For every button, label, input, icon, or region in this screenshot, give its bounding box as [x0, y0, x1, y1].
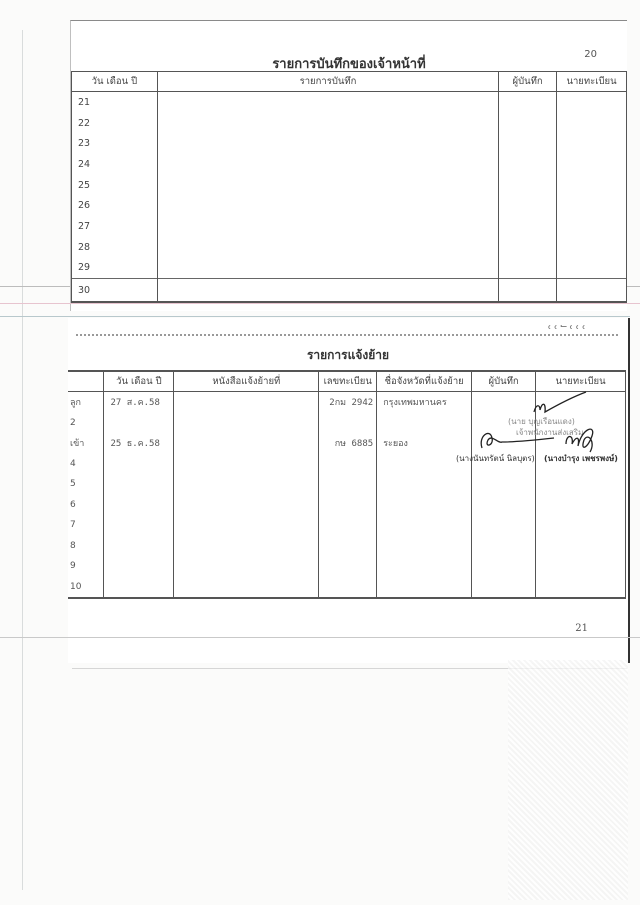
table-cell — [499, 237, 557, 258]
table-cell — [157, 133, 498, 154]
table-row: 9 — [68, 556, 626, 577]
table-cell — [557, 258, 627, 279]
row-number: 2 — [68, 413, 104, 434]
cell-date — [104, 556, 174, 577]
cell-letter — [174, 577, 319, 599]
table-row: 21 — [72, 92, 627, 113]
table-row: 5 — [68, 474, 626, 495]
row-number: 6 — [68, 495, 104, 516]
table-cell — [499, 175, 557, 196]
cell-recorder — [472, 495, 536, 516]
row-number: 7 — [68, 515, 104, 536]
table-cell — [157, 237, 498, 258]
row-number: 9 — [68, 556, 104, 577]
cell-date — [104, 454, 174, 475]
cell-province: ระยอง — [377, 433, 472, 454]
col-reg-number: เลขทะเบียน — [319, 371, 377, 392]
table-cell — [157, 154, 498, 175]
col-registrar: นายทะเบียน — [557, 72, 627, 92]
bleed-through-text: ՙՙ՟ՙՙՙ — [548, 324, 589, 340]
cell-letter — [174, 413, 319, 434]
cell-recorder — [472, 474, 536, 495]
table-row: 30 — [72, 279, 627, 303]
cell-province — [377, 577, 472, 599]
cell-date: 25 ธ.ค.58 — [104, 433, 174, 454]
cell-province — [377, 515, 472, 536]
cell-registrar — [536, 556, 626, 577]
table-cell — [157, 113, 498, 134]
cell-reg — [319, 474, 377, 495]
cell-letter — [174, 515, 319, 536]
registrar-name: (นางบำรุง เพชรพงษ์) — [544, 452, 618, 465]
recorder-name: (นางนันทรัตน์ นิลบุตร) — [456, 452, 535, 465]
table-cell — [499, 113, 557, 134]
col-registrar: นายทะเบียน — [536, 371, 626, 392]
cell-reg: กษ 6885 — [319, 433, 377, 454]
table-cell — [557, 279, 627, 303]
table-row: 22 — [72, 113, 627, 134]
table-cell — [499, 258, 557, 279]
col-record: รายการบันทึก — [157, 72, 498, 92]
table-row: 8 — [68, 536, 626, 557]
row-number: 25 — [72, 175, 158, 196]
table-cell — [499, 92, 557, 113]
page-number: 21 — [575, 623, 588, 634]
page-number: 20 — [584, 49, 597, 60]
row-number: 27 — [72, 216, 158, 237]
col-date: วัน เดือน ปี — [72, 72, 158, 92]
cell-letter — [174, 495, 319, 516]
cell-province: กรุงเทพมหานคร — [377, 392, 472, 413]
dotted-rule — [76, 334, 618, 336]
cell-reg — [319, 413, 377, 434]
cell-letter — [174, 454, 319, 475]
cell-date — [104, 495, 174, 516]
row-number: 22 — [72, 113, 158, 134]
cell-province — [377, 495, 472, 516]
table-cell — [557, 92, 627, 113]
cell-reg — [319, 577, 377, 599]
table-row: 10 — [68, 577, 626, 599]
cell-reg — [319, 454, 377, 475]
row-number: 23 — [72, 133, 158, 154]
table-cell — [499, 154, 557, 175]
cell-registrar — [536, 577, 626, 599]
table-cell — [157, 92, 498, 113]
row-number: 4 — [68, 454, 104, 475]
table-cell — [499, 133, 557, 154]
table-cell — [499, 279, 557, 303]
table-cell — [499, 216, 557, 237]
registrar-signature-2 — [562, 422, 602, 456]
cell-registrar — [536, 515, 626, 536]
table-row: 6 — [68, 495, 626, 516]
cell-date — [104, 515, 174, 536]
table-row: 25 — [72, 175, 627, 196]
cell-date — [104, 536, 174, 557]
table-cell — [557, 175, 627, 196]
col-date: วัน เดือน ปี — [104, 371, 174, 392]
table-cell — [557, 237, 627, 258]
cell-province — [377, 474, 472, 495]
scan-line — [0, 637, 640, 638]
table-cell — [157, 175, 498, 196]
scan-edge — [22, 30, 23, 890]
row-number: 26 — [72, 195, 158, 216]
cell-recorder — [472, 515, 536, 536]
cell-letter — [174, 536, 319, 557]
recorder-signature — [476, 426, 556, 454]
table-cell — [557, 113, 627, 134]
cell-reg — [319, 495, 377, 516]
table-row: 28 — [72, 237, 627, 258]
page-title: รายการแจ้งย้าย — [68, 346, 628, 365]
cell-recorder — [472, 556, 536, 577]
row-number: 30 — [72, 279, 158, 303]
table-cell — [557, 133, 627, 154]
table-cell — [157, 216, 498, 237]
col-recorder: ผู้บันทึก — [499, 72, 557, 92]
scan-noise — [508, 660, 628, 900]
table-cell — [157, 195, 498, 216]
cell-date — [104, 474, 174, 495]
row-number: 5 — [68, 474, 104, 495]
table-cell — [157, 258, 498, 279]
row-number: 28 — [72, 237, 158, 258]
row-number: เข้า — [68, 433, 104, 454]
cell-recorder — [472, 536, 536, 557]
officer-record-table: วัน เดือน ปี รายการบันทึก ผู้บันทึก นายท… — [71, 71, 627, 303]
table-row: 7 — [68, 515, 626, 536]
cell-recorder — [472, 577, 536, 599]
cell-province — [377, 413, 472, 434]
table-row: 29 — [72, 258, 627, 279]
table-cell — [557, 216, 627, 237]
transfer-record-page: ՙՙ՟ՙՙՙ รายการแจ้งย้าย วัน เดือน ปี หนังส… — [68, 318, 630, 663]
col-recorder: ผู้บันทึก — [472, 371, 536, 392]
row-number: 10 — [68, 577, 104, 599]
table-row: 27 — [72, 216, 627, 237]
table-cell — [557, 195, 627, 216]
cell-province — [377, 556, 472, 577]
cell-registrar — [536, 536, 626, 557]
scan-line — [0, 316, 630, 317]
table-row: 24 — [72, 154, 627, 175]
row-number: 21 — [72, 92, 158, 113]
col-letter: หนังสือแจ้งย้ายที่ — [174, 371, 319, 392]
row-number: 24 — [72, 154, 158, 175]
cell-recorder — [472, 392, 536, 413]
row-number: 29 — [72, 258, 158, 279]
row-number: 8 — [68, 536, 104, 557]
cell-date — [104, 577, 174, 599]
cell-letter — [174, 433, 319, 454]
table-row: 4 — [68, 454, 626, 475]
row-number: ลูก — [68, 392, 104, 413]
table-cell — [499, 195, 557, 216]
cell-letter — [174, 474, 319, 495]
table-cell — [557, 154, 627, 175]
officer-record-page: รายการบันทึกของเจ้าหน้าที่ 20 วัน เดือน … — [70, 20, 627, 311]
cell-reg — [319, 515, 377, 536]
cell-reg — [319, 556, 377, 577]
cell-letter — [174, 392, 319, 413]
cell-registrar — [536, 495, 626, 516]
cell-province — [377, 536, 472, 557]
table-row: 26 — [72, 195, 627, 216]
col-no — [68, 371, 104, 392]
cell-date — [104, 413, 174, 434]
table-row: 23 — [72, 133, 627, 154]
scan-line — [0, 303, 640, 304]
cell-registrar — [536, 474, 626, 495]
col-province: ชื่อจังหวัดที่แจ้งย้าย — [377, 371, 472, 392]
table-cell — [157, 279, 498, 303]
cell-date: 27 ส.ค.58 — [104, 392, 174, 413]
cell-reg: 2กม 2942 — [319, 392, 377, 413]
cell-letter — [174, 556, 319, 577]
cell-reg — [319, 536, 377, 557]
